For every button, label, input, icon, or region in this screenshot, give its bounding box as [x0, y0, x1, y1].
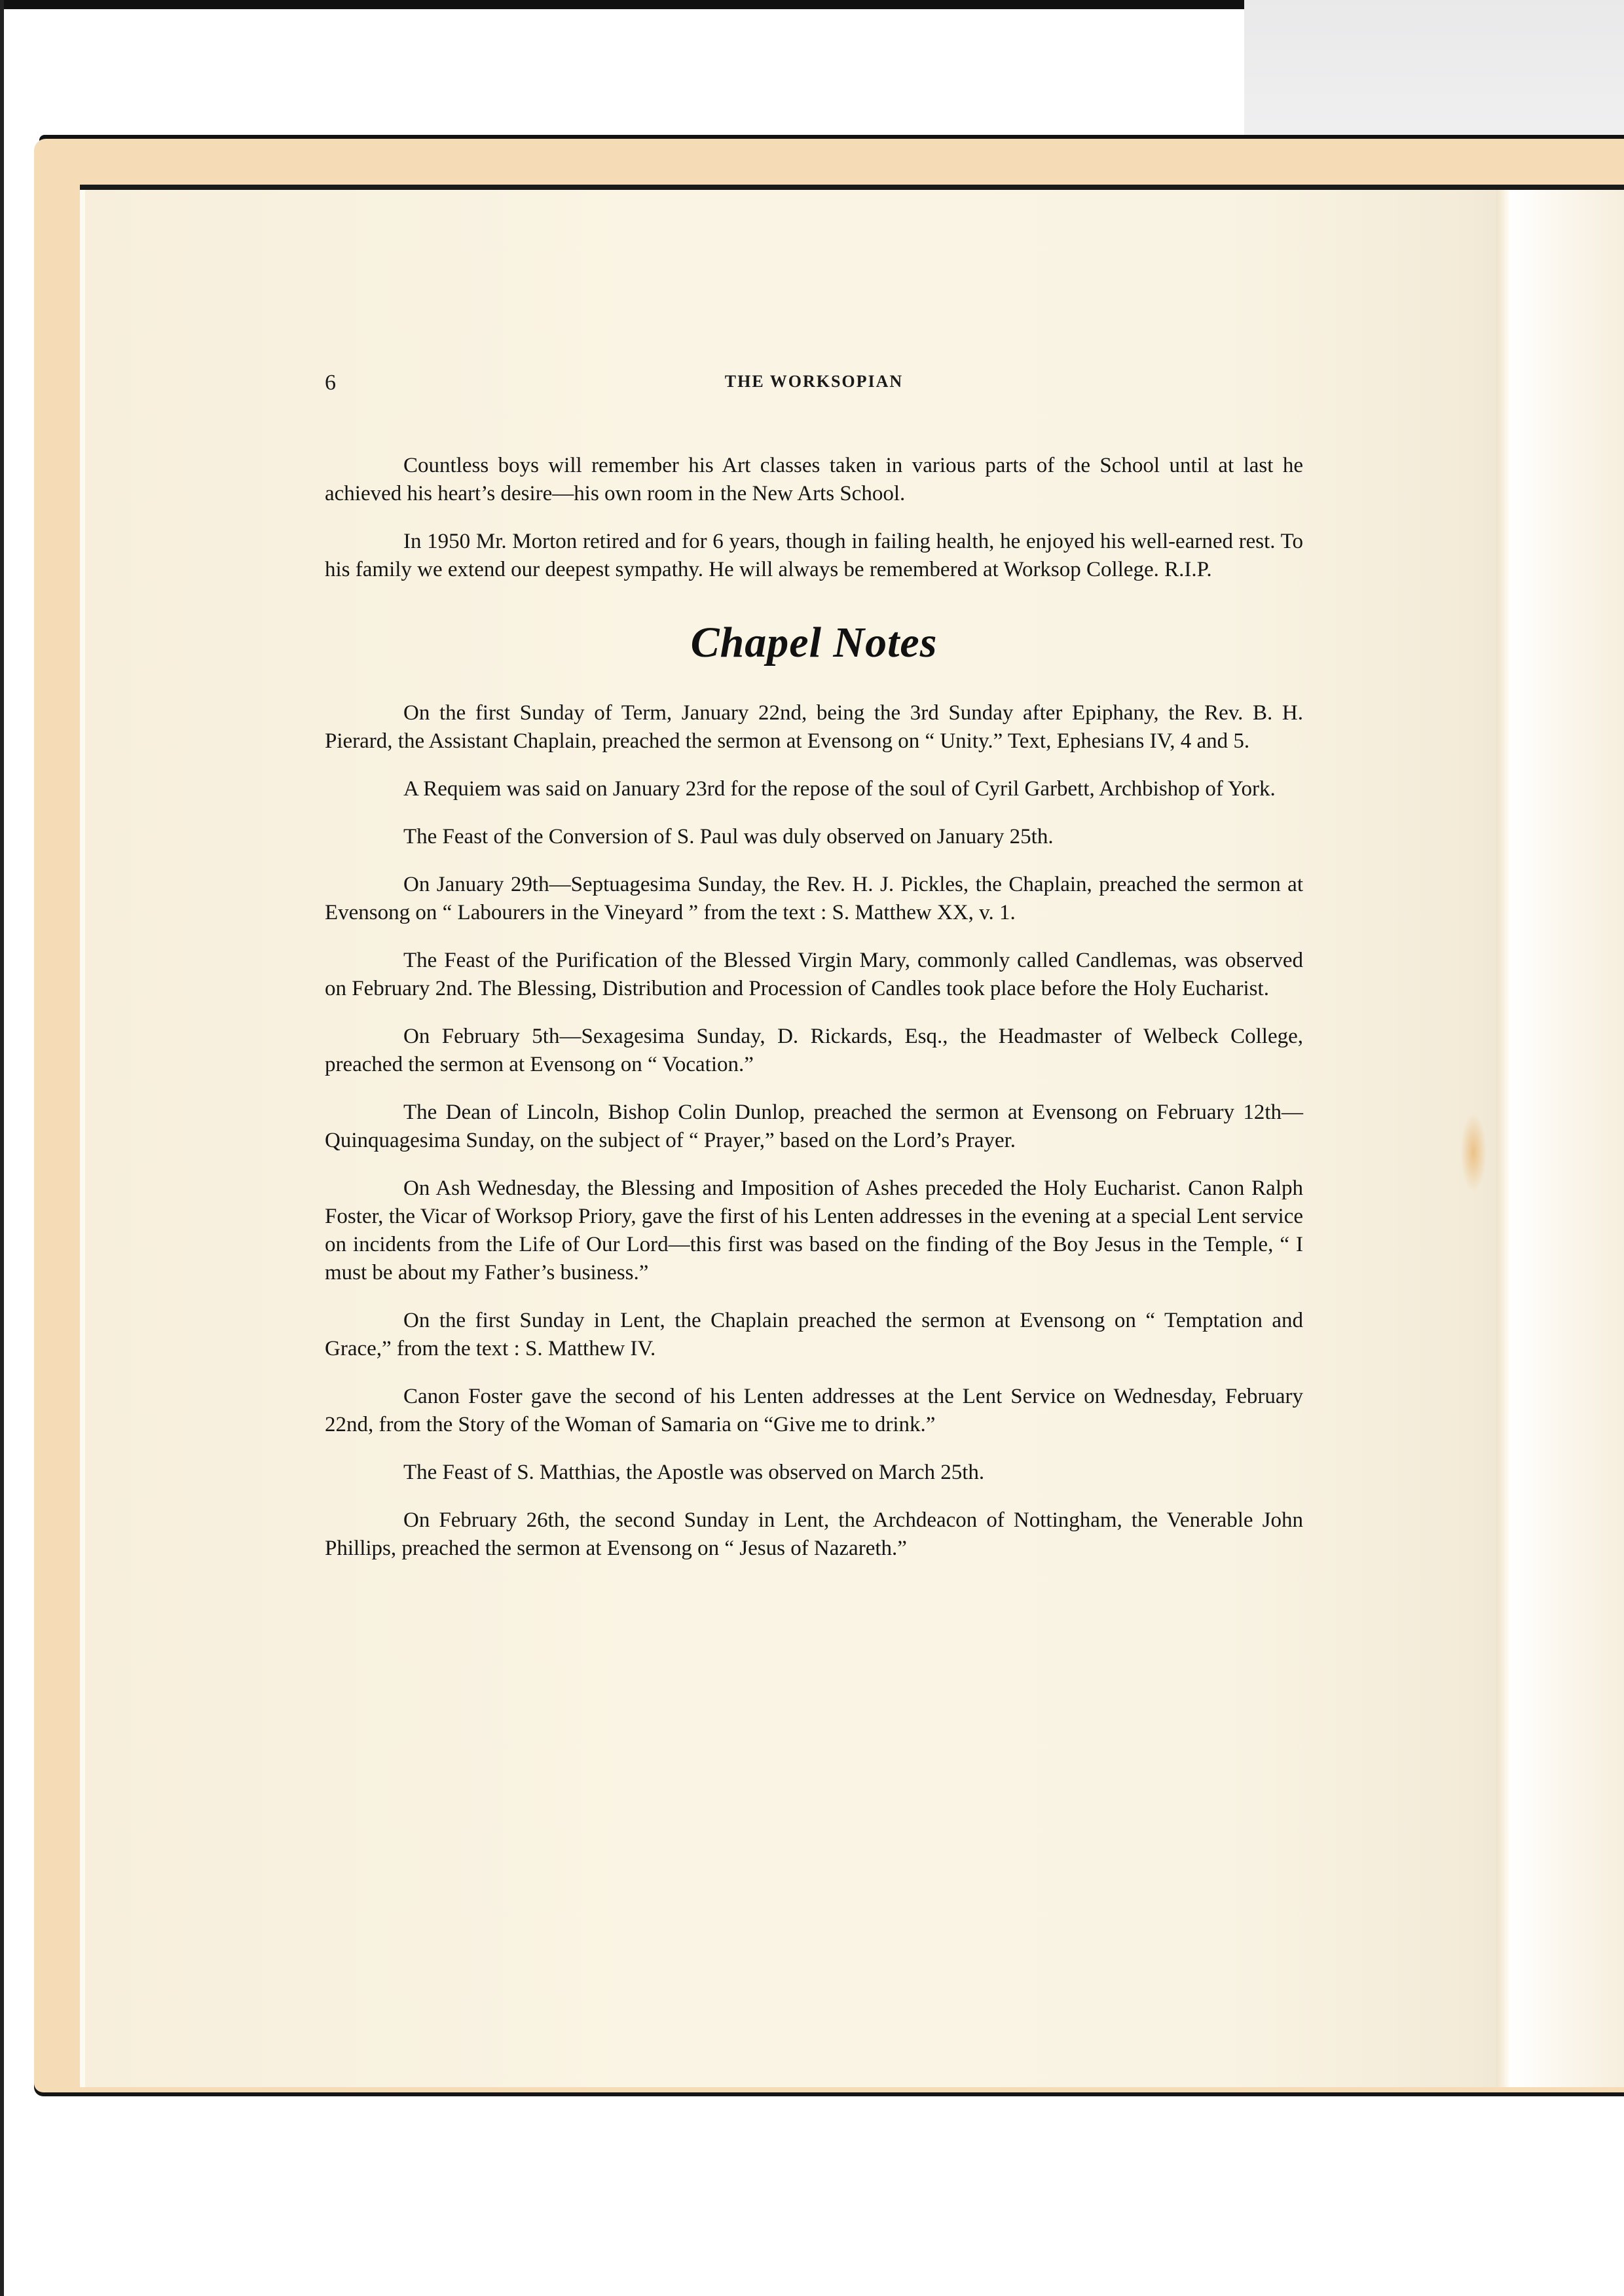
intro-paragraph: Countless boys will remember his Art cla…: [325, 452, 1303, 508]
chapel-note-paragraph: The Feast of the Conversion of S. Paul w…: [325, 823, 1303, 851]
chapel-note-paragraph: The Feast of the Purification of the Ble…: [325, 947, 1303, 1003]
chapel-note-paragraph: On February 26th, the second Sunday in L…: [325, 1506, 1303, 1563]
chapel-note-paragraph: The Feast of S. Matthias, the Apostle wa…: [325, 1459, 1303, 1487]
chapel-note-paragraph: A Requiem was said on January 23rd for t…: [325, 775, 1303, 803]
paper-stain: [1460, 1113, 1486, 1192]
chapel-note-paragraph: On the first Sunday in Lent, the Chaplai…: [325, 1307, 1303, 1363]
chapel-note-paragraph: Canon Foster gave the second of his Lent…: [325, 1383, 1303, 1439]
journal-title: THE WORKSOPIAN: [325, 372, 1303, 392]
chapel-note-paragraph: On the first Sunday of Term, January 22n…: [325, 699, 1303, 756]
right-page: [1509, 190, 1624, 2087]
chapel-note-paragraph: On Ash Wednesday, the Blessing and Impos…: [325, 1175, 1303, 1287]
chapel-note-paragraph: On January 29th—Septuagesima Sunday, the…: [325, 871, 1303, 927]
running-head: 6 THE WORKSOPIAN: [325, 371, 1303, 397]
binding-gutter: [1496, 190, 1509, 2087]
article-body: Countless boys will remember his Art cla…: [325, 452, 1303, 1582]
scan-left-edge: [0, 0, 4, 2296]
intro-paragraph: In 1950 Mr. Morton retired and for 6 yea…: [325, 528, 1303, 584]
chapel-note-paragraph: The Dean of Lincoln, Bishop Colin Dunlop…: [325, 1099, 1303, 1155]
chapel-note-paragraph: On February 5th—Sexagesima Sunday, D. Ri…: [325, 1023, 1303, 1079]
section-title: Chapel Notes: [325, 618, 1303, 668]
chapel-notes-list: On the first Sunday of Term, January 22n…: [325, 699, 1303, 1563]
